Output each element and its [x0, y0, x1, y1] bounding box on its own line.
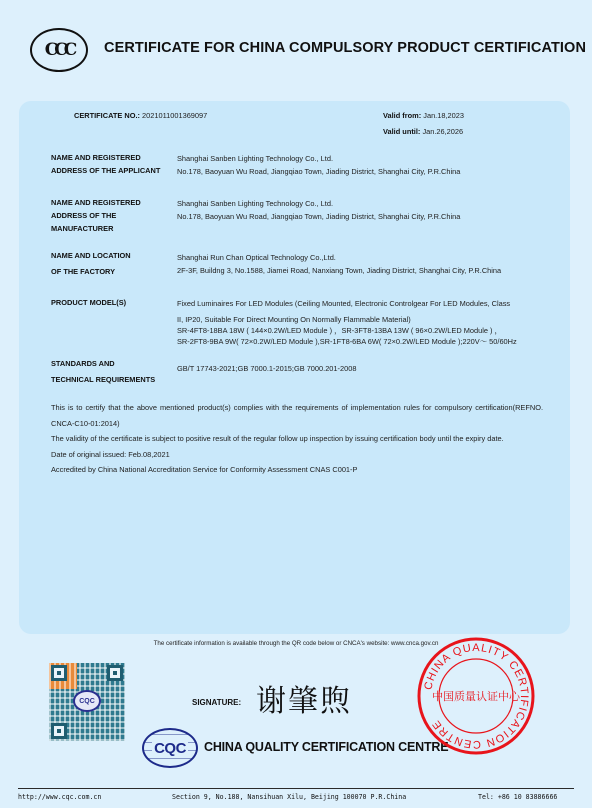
manufacturer-label-line: MANUFACTURER — [51, 222, 141, 235]
manufacturer-address: No.178, Baoyuan Wu Road, Jiangqiao Town,… — [177, 210, 460, 223]
stamp-inner-text: 中国质量认证中心 — [432, 689, 521, 703]
applicant-info: Shanghai Sanben Lighting Technology Co.,… — [177, 152, 460, 178]
qr-finder-icon — [107, 665, 123, 681]
factory-name: Shanghai Run Chan Optical Technology Co.… — [177, 251, 501, 264]
footer-divider — [18, 788, 574, 789]
valid-until: Valid until: Jan.26,2026 — [383, 125, 463, 138]
ccc-logo-icon: CCC — [30, 28, 88, 72]
applicant-label-line: ADDRESS OF THE APPLICANT — [51, 164, 160, 177]
manufacturer-name: Shanghai Sanben Lighting Technology Co.,… — [177, 197, 460, 210]
product-line: SR-2FT8-9BA 9W( 72×0.2W/LED Module ),SR-… — [177, 336, 517, 347]
product-label: PRODUCT MODEL(S) — [51, 296, 126, 309]
certify-statement: This is to certify that the above mentio… — [51, 400, 543, 431]
valid-until-value: Jan.26,2026 — [422, 127, 463, 136]
certificate-number-label: CERTIFICATE NO.: — [74, 111, 140, 120]
applicant-address: No.178, Baoyuan Wu Road, Jiangqiao Town,… — [177, 165, 460, 178]
certificate-number-value: 2021011001369097 — [142, 111, 207, 120]
factory-label: NAME AND LOCATION OF THE FACTORY — [51, 248, 131, 280]
cqc-globe-logo-icon: CQC — [142, 728, 198, 768]
certificate-header: CCC CERTIFICATE FOR CHINA COMPULSORY PRO… — [0, 20, 592, 80]
official-seal-stamp-icon: CHINA QUALITY CERTIFICATION CENTRE 中国质量认… — [416, 636, 536, 756]
ccc-logo-text: CCC — [45, 40, 74, 60]
valid-from: Valid from: Jan.18,2023 — [383, 109, 464, 122]
valid-until-label: Valid until: — [383, 127, 420, 136]
qr-finder-icon — [51, 723, 67, 739]
qr-code[interactable]: CQC — [49, 663, 125, 741]
valid-from-label: Valid from: — [383, 111, 421, 120]
applicant-name: Shanghai Sanben Lighting Technology Co.,… — [177, 152, 460, 165]
footer-tel: Tel: +86 10 83886666 — [478, 793, 557, 801]
manufacturer-info: Shanghai Sanben Lighting Technology Co.,… — [177, 197, 460, 223]
certificate-number: CERTIFICATE NO.: 2021011001369097 — [74, 109, 207, 122]
qr-cqc-logo-icon: CQC — [73, 690, 101, 712]
qr-finder-icon — [51, 665, 67, 681]
original-issued-date: Date of original issued: Feb.08,2021 — [51, 447, 543, 463]
standards-label: STANDARDS AND TECHNICAL REQUIREMENTS — [51, 356, 155, 388]
product-models: Fixed Luminaires For LED Modules (Ceilin… — [177, 296, 517, 347]
manufacturer-label-line: ADDRESS OF THE — [51, 209, 141, 222]
manufacturer-label: NAME AND REGISTERED ADDRESS OF THE MANUF… — [51, 196, 141, 235]
standards-label-line: STANDARDS AND — [51, 356, 155, 372]
valid-from-value: Jan.18,2023 — [423, 111, 464, 120]
signature-label: SIGNATURE: — [192, 698, 241, 707]
standards-value: GB/T 17743-2021;GB 7000.1-2015;GB 7000.2… — [177, 362, 356, 375]
factory-address: 2F-3F, Buildng 3, No.1588, Jiamei Road, … — [177, 264, 501, 277]
applicant-label: NAME AND REGISTERED ADDRESS OF THE APPLI… — [51, 151, 160, 177]
cqc-logo-text: CQC — [152, 740, 188, 757]
page-title: CERTIFICATE FOR CHINA COMPULSORY PRODUCT… — [104, 40, 586, 56]
product-line: II, IP20, Suitable For Direct Mounting O… — [177, 314, 517, 325]
factory-info: Shanghai Run Chan Optical Technology Co.… — [177, 251, 501, 277]
factory-label-line: OF THE FACTORY — [51, 264, 131, 280]
applicant-label-line: NAME AND REGISTERED — [51, 151, 160, 164]
factory-label-line: NAME AND LOCATION — [51, 248, 131, 264]
validity-statement: The validity of the certificate is subje… — [51, 431, 543, 447]
signature: 谢肇煦 — [256, 676, 352, 720]
footer-address: Section 9, No.188, Nansihuan Xilu, Beiji… — [172, 793, 406, 801]
organization-name: CHINA QUALITY CERTIFICATION CENTRE — [204, 740, 448, 754]
product-line: Fixed Luminaires For LED Modules (Ceilin… — [177, 296, 517, 312]
accreditation-statement: Accredited by China National Accreditati… — [51, 462, 543, 478]
product-line: SR-4FT8-18BA 18W ( 144×0.2W/LED Module )… — [177, 325, 517, 336]
statements: This is to certify that the above mentio… — [51, 400, 543, 478]
manufacturer-label-line: NAME AND REGISTERED — [51, 196, 141, 209]
standards-label-line: TECHNICAL REQUIREMENTS — [51, 372, 155, 388]
footer-website-link[interactable]: http://www.cqc.com.cn — [18, 793, 101, 801]
